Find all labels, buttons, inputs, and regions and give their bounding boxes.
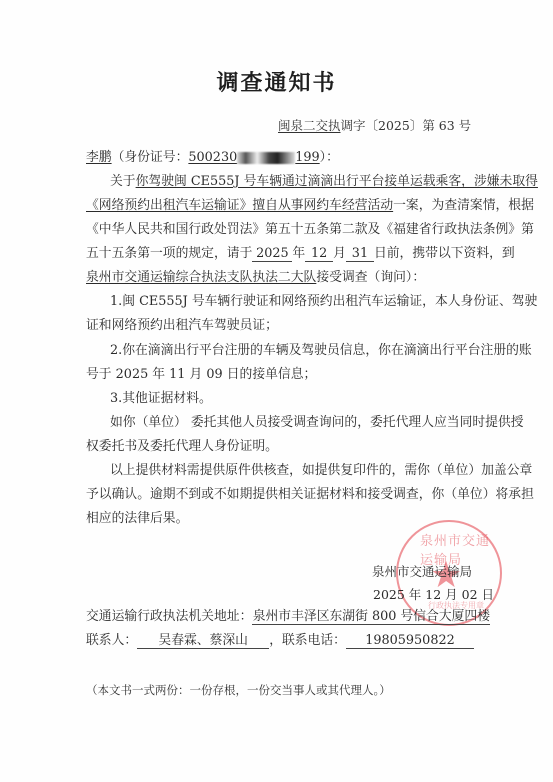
body-p1-line4: 五十五条第一项的规定，请于2025年12月31日前，携带以下资料，到 [86,246,474,262]
body-p1-line5: 泉州市交通运输综合执法支队执法二大队接受调查（询问）： [86,270,474,286]
case-description: 你驾驶闽 CE555J 号车辆通过滴滴出行平台接单运载乘客，涉嫌未取得 [136,174,538,189]
year-label: 年 [292,246,305,261]
doc-number-rest: 调字〔2025〕第 63 号 [341,118,472,133]
p1-line2-post: 一案，为查清案情，根据 [393,198,534,213]
p3-line3: 相应的法律后果。 [86,511,474,527]
contact-persons: 吴春霖、蔡深山 [137,634,269,649]
issuing-authority: 泉州市交通运输局 [372,562,472,580]
p3-line1: 以上提供材料需提供原件供核查，如提供复印件的，需你（单位）加盖公章 [110,463,474,479]
agency-address: 泉州市丰泽区东湖街 800 号信合大厦四楼 [252,610,490,625]
document-title: 调查通知书 [0,66,553,97]
item2-line1: 2.你在滴滴出行平台注册的车辆及驾驶员信息，你在滴滴出行平台注册的账 [110,343,474,359]
document-number: 闽泉二交执调字〔2025〕第 63 号 [278,116,471,134]
redacted-id-block [237,152,295,164]
contact-person-label: 联系人： [86,633,137,648]
id-end: 199 [295,150,319,165]
phone-label: ，联系电话： [269,633,346,648]
p1-prefix: 关于 [110,174,136,189]
p1-line5-post: 接受调查（询问）： [316,270,425,285]
deadline-day: 31 [346,247,374,262]
document-page: 调查通知书 闽泉二交执调字〔2025〕第 63 号 李鹏（身份证号：500230… [0,0,553,782]
deadline-month: 12 [305,247,333,262]
p3-line2: 予以确认。逾期不到或不如期提供相关证据材料和接受调查，你（单位）将承担 [86,487,474,503]
recipient-line: 李鹏（身份证号：500230199）： [86,150,474,166]
id-number: 500230199 [188,150,319,165]
recipient-name: 李鹏 [86,150,112,165]
footnote: （本文书一式两份：一份存根，一份交当事人或其代理人。） [86,682,391,698]
id-start: 500230 [188,150,237,165]
item1-line2: 证和网络预约出租汽车驾驶员证； [86,318,474,334]
investigating-unit: 泉州市交通运输综合执法支队执法二大队 [86,270,316,285]
month-label: 月 [333,246,346,261]
deadline-year: 2025 [252,247,292,262]
case-description-cont: 《网络预约出租汽车运输证》擅自从事网约车经营活动 [86,198,393,213]
contact-phone: 19805950822 [346,634,474,649]
address-label: 交通运输行政执法机关地址： [86,609,252,624]
item1-line1: 1.闽 CE555J 号车辆行驶证和网络预约出租汽车运输证，本人身份证、驾驶 [110,294,474,310]
p1-line4-post: 日前，携带以下资料，到 [374,246,515,261]
body-p1-line1: 关于你驾驶闽 CE555J 号车辆通过滴滴出行平台接单运载乘客，涉嫌未取得 [110,174,474,190]
item3: 3.其他证据材料。 [110,391,474,407]
id-label: （身份证号： [112,150,189,165]
address-line: 交通运输行政执法机关地址：泉州市丰泽区东湖街 800 号信合大厦四楼 [86,609,506,625]
p2-line2: 权委托书及委托代理人身份证明。 [86,439,474,455]
body-p1-line2: 《网络预约出租汽车运输证》擅自从事网约车经营活动一案，为查清案情，根据 [86,198,474,214]
id-close: ）： [320,150,339,165]
contact-line: 联系人：吴春霖、蔡深山，联系电话：19805950822 [86,633,506,649]
doc-number-prefix: 闽泉二交执 [278,118,341,133]
issue-date: 2025 年 12 月 02 日 [373,585,494,603]
item2-line2: 号于 2025 年 11 月 09 日的接单信息； [86,367,474,383]
p1-line4-pre: 五十五条第一项的规定，请于 [86,246,252,261]
p2-line1: 如你（单位） 委托其他人员接受调查询问的，委托代理人应当同时提供授 [110,415,474,431]
body-p1-line3: 《中华人民共和国行政处罚法》第五十五条第二款及《福建省行政执法条例》第 [86,222,474,238]
